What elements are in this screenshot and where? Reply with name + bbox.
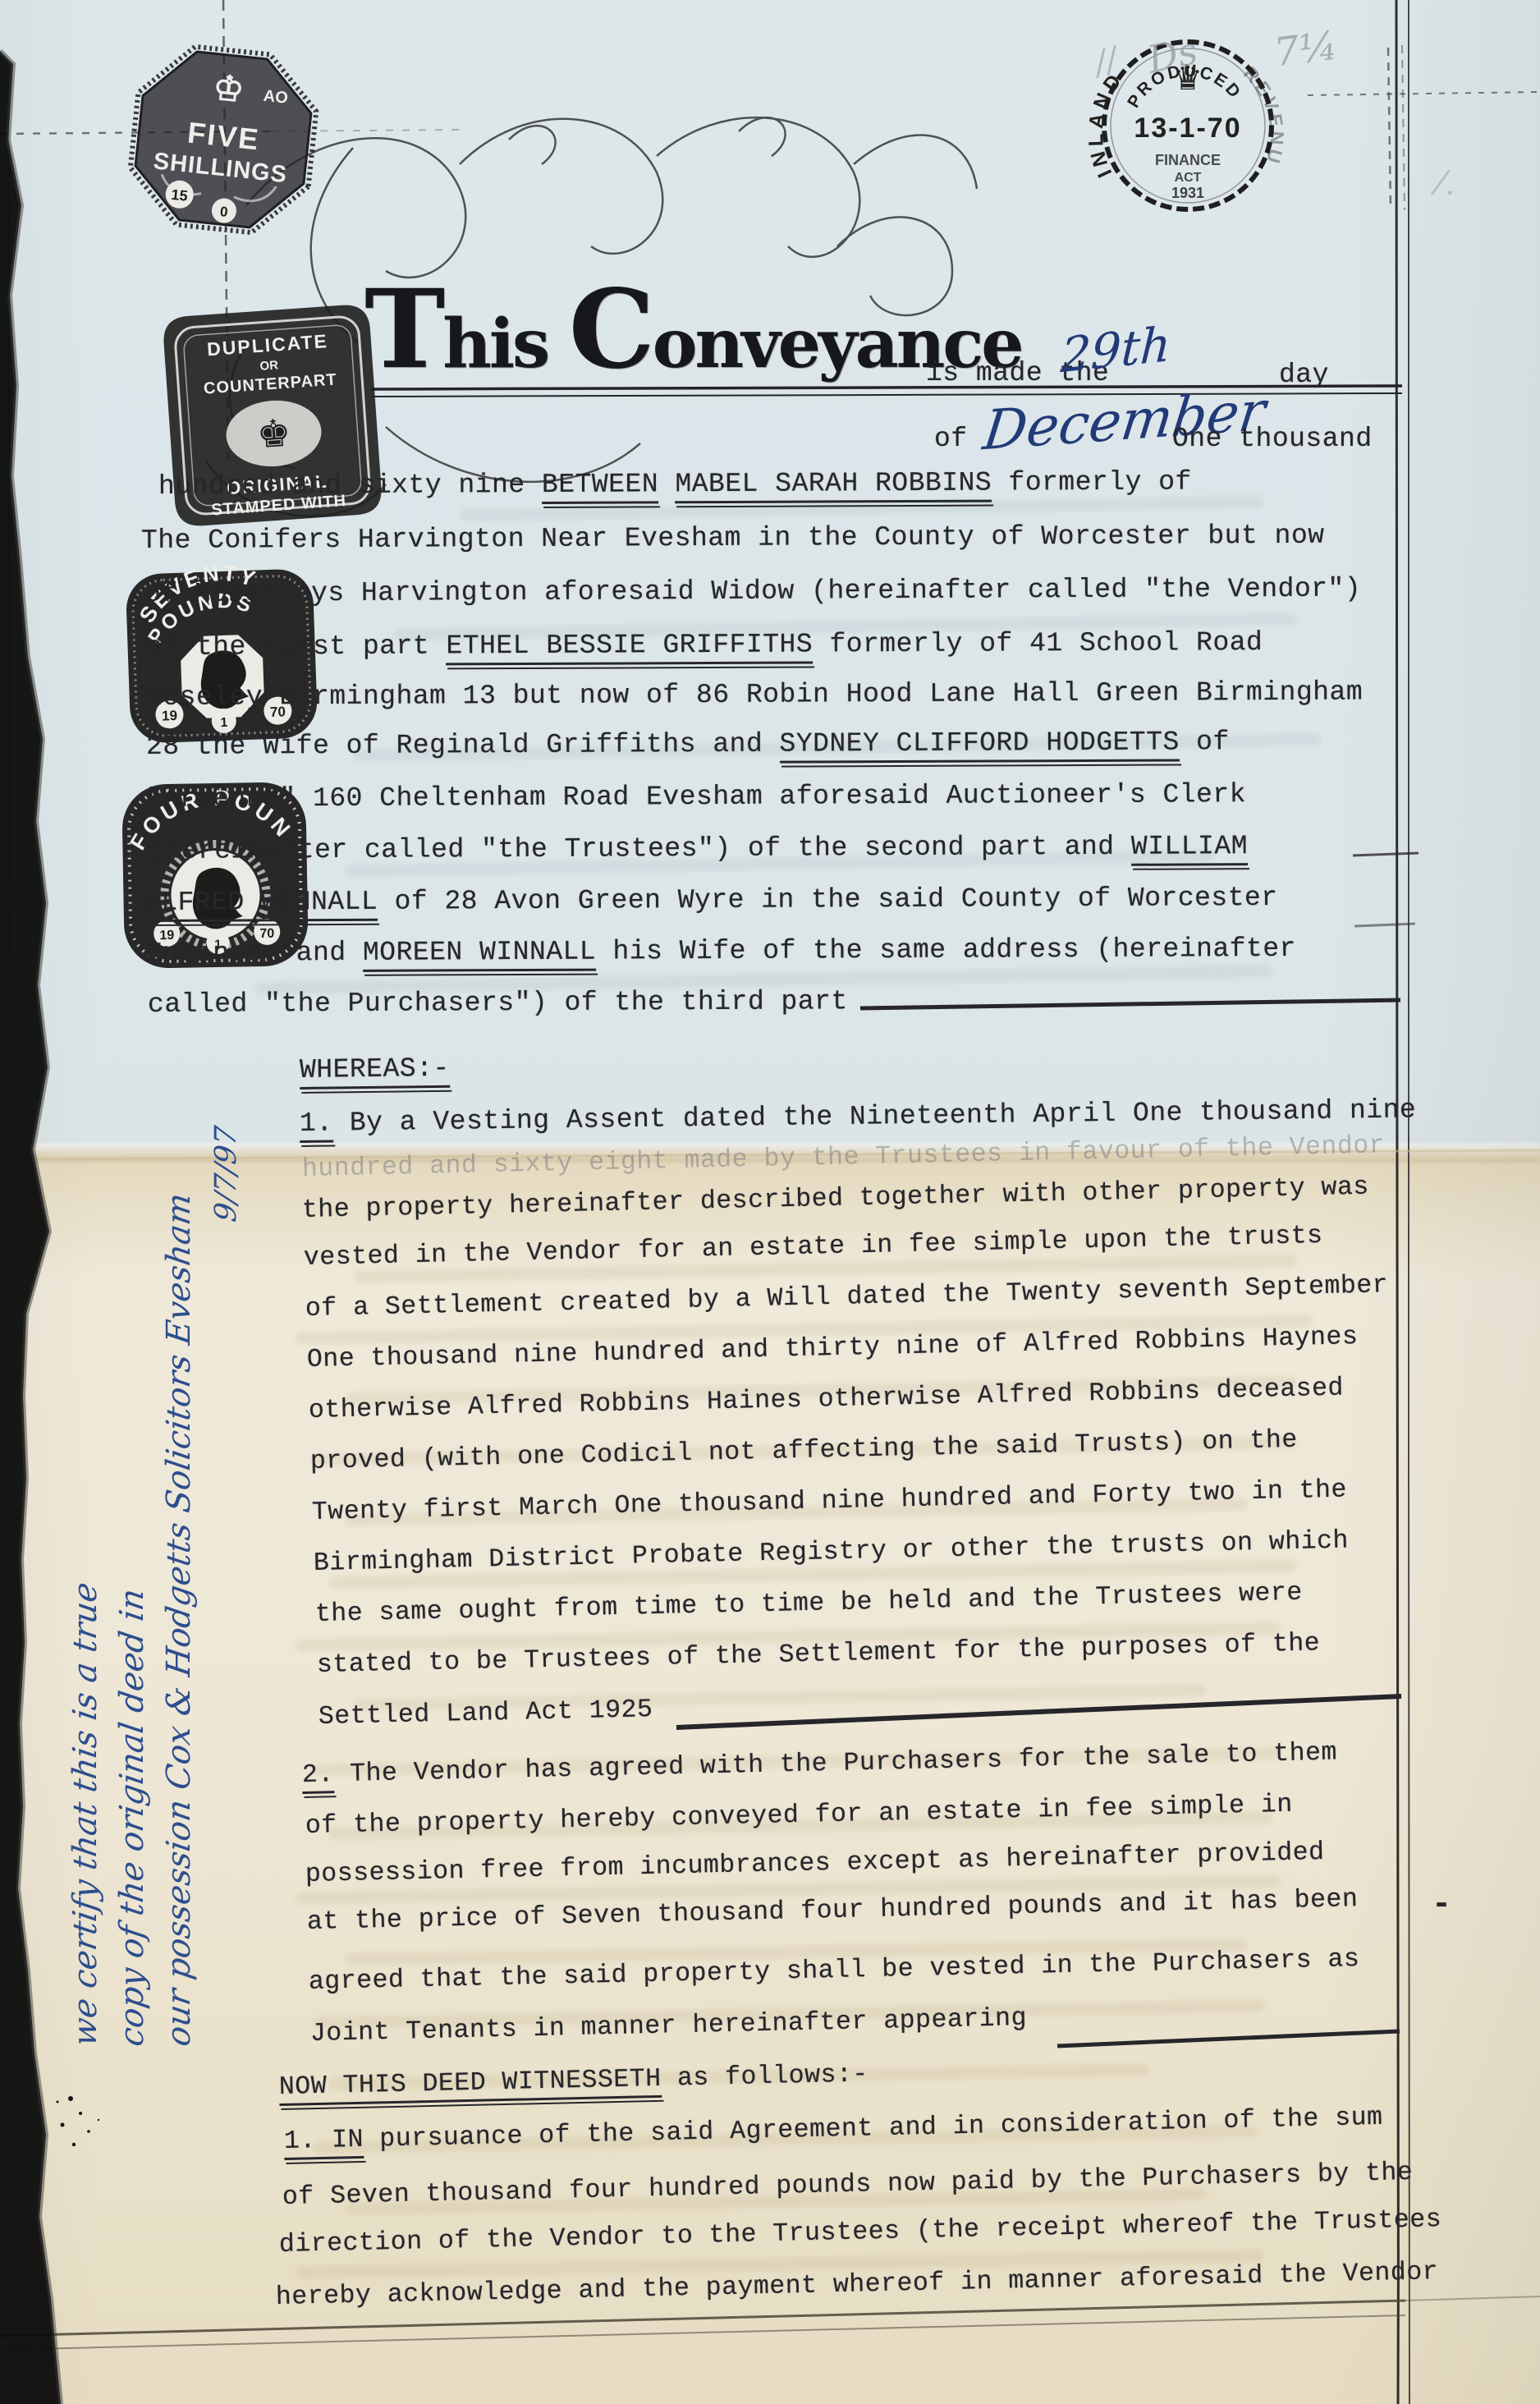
scan-edge-layer — [0, 0, 1540, 2404]
torn-left-edge — [0, 51, 61, 2404]
scanned-deed-page: ♔ AO FIVE SHILLINGS 15 0 ♛ PRODUCED 13-1… — [0, 0, 1540, 2404]
ink-spatter — [57, 2096, 100, 2146]
